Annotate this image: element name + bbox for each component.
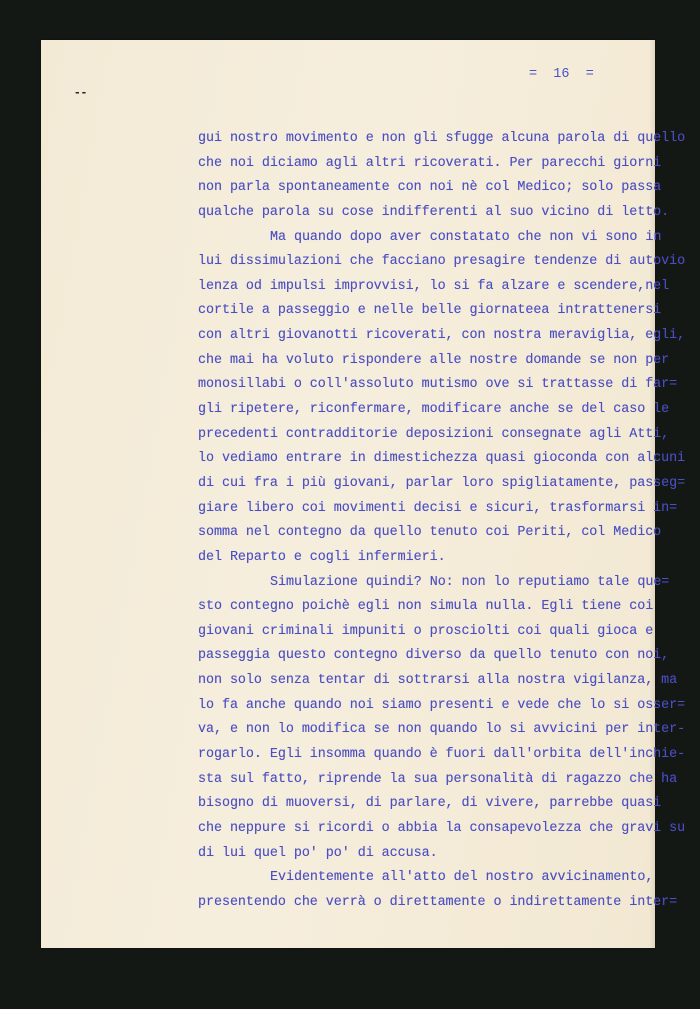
text-line: precedenti contradditorie deposizioni co… [198,423,658,448]
text-line: di cui fra i più giovani, parlar loro sp… [198,472,658,497]
paragraph-2: Ma quando dopo aver constatato che non v… [198,226,658,571]
text-line: che mai ha voluto rispondere alle nostre… [198,349,658,374]
text-line: giare libero coi movimenti decisi e sicu… [198,497,658,522]
text-line: di lui quel po' po' di accusa. [198,842,658,867]
text-line: non parla spontaneamente con noi nè col … [198,176,658,201]
text-line: non solo senza tentar di sottrarsi alla … [198,669,658,694]
text-line: bisogno di muoversi, di parlare, di vive… [198,792,658,817]
text-line: che neppure si ricordi o abbia la consap… [198,817,658,842]
text-line: rogarlo. Egli insomma quando è fuori dal… [198,743,658,768]
body-text: gui nostro movimento e non gli sfugge al… [198,127,658,916]
paragraph-3: Simulazione quindi? No: non lo reputiamo… [198,571,658,867]
text-line: con altri giovanotti ricoverati, con nos… [198,324,658,349]
margin-mark: -- [74,86,87,99]
text-line: lo vediamo entrare in dimestichezza quas… [198,447,658,472]
typewritten-page: -- = 16 = gui nostro movimento e non gli… [41,40,655,948]
text-line: lenza od impulsi improvvisi, lo si fa al… [198,275,658,300]
text-line: del Reparto e cogli infermieri. [198,546,658,571]
text-line: Simulazione quindi? No: non lo reputiamo… [198,571,658,596]
text-line: giovani criminali impuniti o prosciolti … [198,620,658,645]
text-line: cortile a passeggio e nelle belle giorna… [198,299,658,324]
paragraph-1: gui nostro movimento e non gli sfugge al… [198,127,658,226]
text-line: Evidentemente all'atto del nostro avvici… [198,866,658,891]
text-line: presentendo che verrà o direttamente o i… [198,891,658,916]
text-line: qualche parola su cose indifferenti al s… [198,201,658,226]
text-line: monosillabi o coll'assoluto mutismo ove … [198,373,658,398]
text-line: gli ripetere, riconfermare, modificare a… [198,398,658,423]
text-line: sta sul fatto, riprende la sua personali… [198,768,658,793]
text-line: lui dissimulazioni che facciano presagir… [198,250,658,275]
text-line: Ma quando dopo aver constatato che non v… [198,226,658,251]
paragraph-4: Evidentemente all'atto del nostro avvici… [198,866,658,915]
text-line: gui nostro movimento e non gli sfugge al… [198,127,658,152]
text-line: somma nel contegno da quello tenuto coi … [198,521,658,546]
text-line: va, e non lo modifica se non quando lo s… [198,718,658,743]
page-number: = 16 = [529,67,594,82]
text-line: lo fa anche quando noi siamo presenti e … [198,694,658,719]
text-line: passeggia questo contegno diverso da que… [198,644,658,669]
text-line: che noi diciamo agli altri ricoverati. P… [198,152,658,177]
text-line: sto contegno poichè egli non simula null… [198,595,658,620]
